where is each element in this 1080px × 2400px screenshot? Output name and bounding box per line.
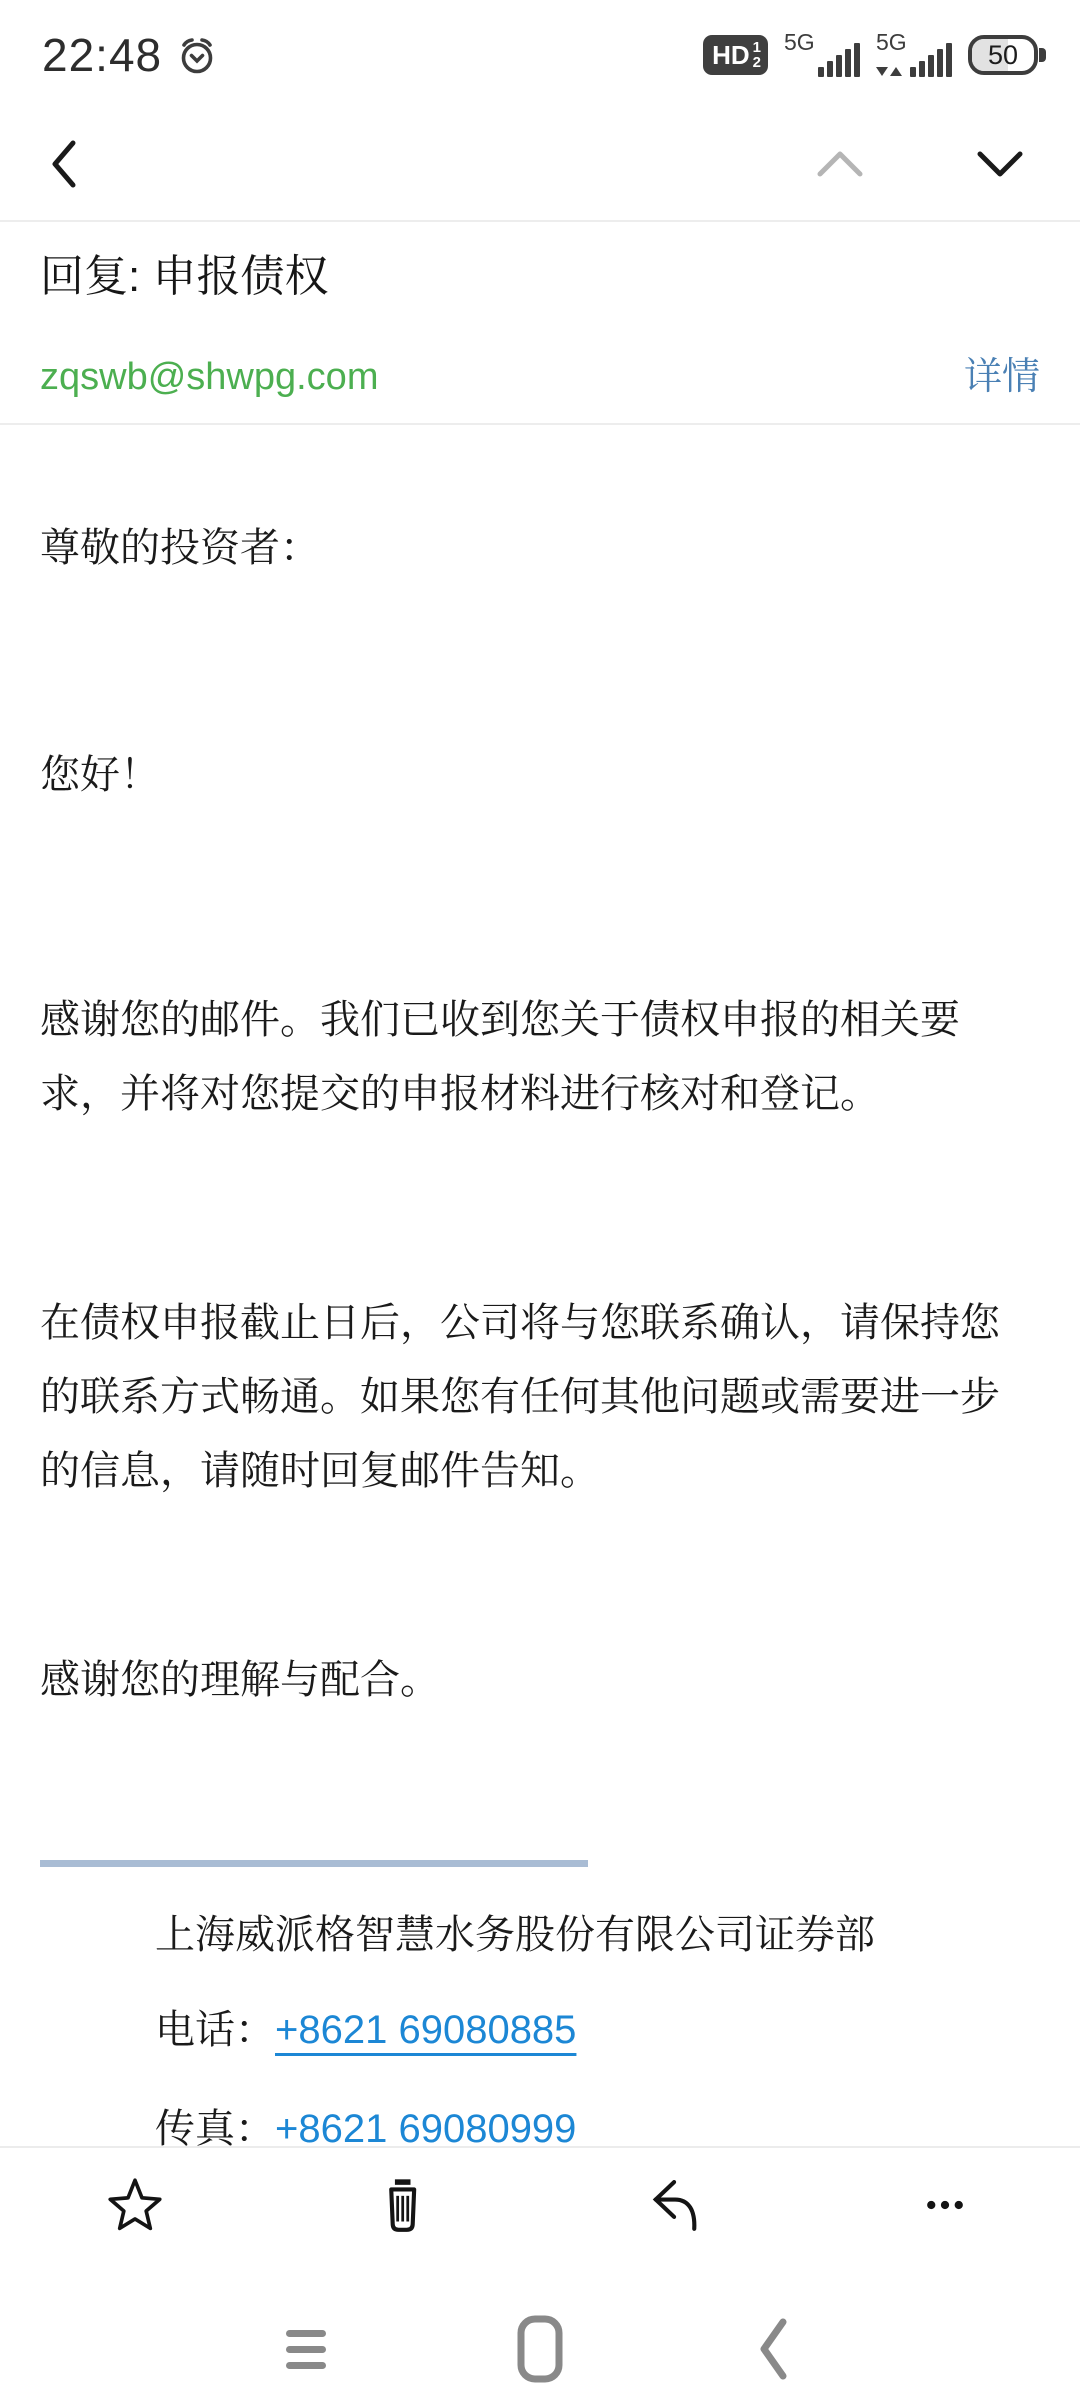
network-type-label-sim1: 5G (784, 29, 815, 56)
chevron-up-icon (812, 142, 868, 189)
fax-label: 传真： (155, 2107, 275, 2146)
signal-strength-icon-sim2: 5G (876, 31, 952, 79)
system-nav-bar (0, 2290, 1080, 2400)
email-paragraph: 感谢您的理解与配合。 (40, 1643, 1040, 1717)
mail-body: 尊敬的投资者： 您好！ 感谢您的邮件。我们已收到您关于债权申报的相关要 求，并将… (0, 425, 1080, 2146)
data-activity-arrows-icon (876, 67, 902, 76)
signature-block: 上海威派格智慧水务股份有限公司证券部 电话：+8621 69080885 传真：… (155, 1898, 1040, 2146)
status-icons: HD 1 2 5G 5G 50 (703, 31, 1046, 79)
signature-phone-row: 电话：+8621 69080885 (155, 1993, 1040, 2067)
sender-email[interactable]: zqswb@shwpg.com (40, 352, 378, 402)
battery-percent-text: 50 (968, 35, 1038, 75)
hd-sim2-label: 2 (753, 55, 761, 70)
phone-label: 电话： (155, 2008, 275, 2052)
recents-button[interactable] (282, 2300, 330, 2400)
chevron-down-icon (972, 142, 1028, 189)
back-nav-button[interactable] (750, 2300, 798, 2400)
star-button[interactable] (0, 2172, 270, 2290)
sender-row: zqswb@shwpg.com 详情 (40, 352, 1040, 402)
mail-subject: 回复: 申报债权 (40, 247, 1040, 307)
reply-button[interactable] (540, 2172, 810, 2290)
details-link[interactable]: 详情 (964, 352, 1040, 402)
paragraph-line: 您好！ (40, 753, 160, 797)
delete-button[interactable] (270, 2172, 540, 2290)
menu-icon (282, 2316, 330, 2385)
back-button[interactable] (42, 136, 86, 195)
email-paragraph: 感谢您的邮件。我们已收到您关于债权申报的相关要 求，并将对您提交的申报材料进行核… (40, 983, 1040, 1131)
more-button[interactable] (810, 2172, 1080, 2290)
reply-icon (642, 2172, 708, 2241)
email-paragraph: 尊敬的投资者： (40, 511, 1040, 585)
signature-company: 上海威派格智慧水务股份有限公司证券部 (155, 1898, 1040, 1972)
signature-divider (40, 1860, 588, 1867)
email-paragraph: 在债权申报截止日后，公司将与您联系确认，请保持您 的联系方式畅通。如果您有任何其… (40, 1286, 1040, 1508)
star-icon (102, 2172, 168, 2241)
paragraph-line: 尊敬的投资者： (40, 526, 320, 570)
chevron-left-icon (42, 136, 86, 195)
phone-link[interactable]: +8621 69080885 (275, 2008, 576, 2052)
paragraph-line: 感谢您的邮件。我们已收到您关于债权申报的相关要 (40, 998, 960, 1042)
hd-label: HD (712, 35, 750, 75)
paragraph-line: 在债权申报截止日后，公司将与您联系确认，请保持您 (40, 1301, 1000, 1345)
paragraph-line: 的信息，请随时回复邮件告知。 (40, 1449, 600, 1493)
network-type-label-sim2: 5G (876, 29, 907, 56)
phone-screen: 22:48 HD 1 2 5G (0, 0, 1080, 2400)
mail-action-toolbar (0, 2146, 1080, 2290)
paragraph-line: 的联系方式畅通。如果您有任何其他问题或需要进一步 (40, 1375, 1000, 1419)
home-icon (516, 2314, 564, 2387)
previous-mail-button[interactable] (812, 142, 868, 189)
fax-link[interactable]: +8621 69080999 (275, 2107, 576, 2146)
hd-voice-icon: HD 1 2 (703, 35, 768, 75)
next-mail-button[interactable] (972, 142, 1028, 189)
paragraph-line: 感谢您的理解与配合。 (40, 1658, 440, 1702)
signature-fax-row: 传真：+8621 69080999 (155, 2092, 1040, 2146)
trash-icon (372, 2172, 438, 2241)
signal-strength-icon-sim1: 5G (784, 31, 860, 79)
status-bar: 22:48 HD 1 2 5G (0, 0, 1080, 110)
more-icon (912, 2172, 978, 2241)
email-paragraph: 您好！ (40, 738, 1040, 812)
battery-icon: 50 (968, 35, 1046, 75)
mail-toolbar-top (0, 110, 1080, 222)
mail-header: 回复: 申报债权 zqswb@shwpg.com 详情 (0, 222, 1080, 425)
home-button[interactable] (516, 2300, 564, 2400)
paragraph-line: 求，并将对您提交的申报材料进行核对和登记。 (40, 1072, 880, 1116)
clock-text: 22:48 (42, 28, 162, 82)
chevron-left-icon (750, 2314, 798, 2387)
alarm-icon (176, 33, 218, 77)
hd-sim1-label: 1 (753, 40, 761, 55)
